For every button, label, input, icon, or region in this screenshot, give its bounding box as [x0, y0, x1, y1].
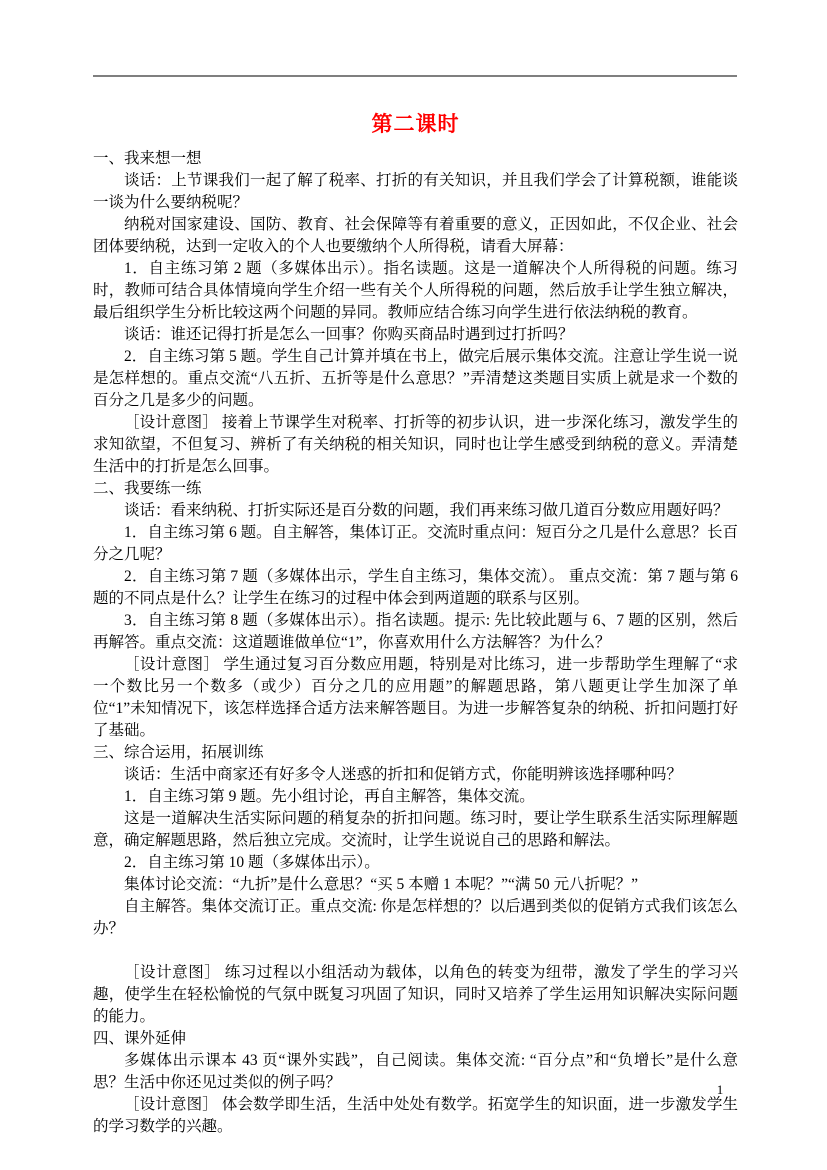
paragraph: 自主解答。集体交流订正。重点交流: 你是怎样想的？以后遇到类似的促销方式我们该怎…	[93, 896, 738, 940]
page-number: 1	[700, 1082, 740, 1098]
paragraph: 2．自主练习第 10 题（多媒体出示）。	[93, 852, 738, 874]
paragraph: 谈话：上节课我们一起了解了税率、打折的有关知识，并且我们学会了计算税额，谁能谈一…	[93, 170, 738, 214]
paragraph: ［设计意图］ 练习过程以小组活动为载体，以角色的转变为纽带，激发了学生的学习兴趣…	[93, 962, 738, 1028]
document-page: 第二课时 一、我来想一想谈话：上节课我们一起了解了税率、打折的有关知识，并且我们…	[0, 0, 827, 1170]
paragraph: 3．自主练习第 8 题（多媒体出示）。指名读题。提示: 先比较此题与 6、7 题…	[93, 610, 738, 654]
page-title: 第二课时	[93, 110, 738, 138]
paragraph: 谈话：谁还记得打折是怎么一回事？你购买商品时遇到过打折吗？	[93, 324, 738, 346]
paragraph: ［设计意图］ 学生通过复习百分数应用题，特别是对比练习，进一步帮助学生理解了“求…	[93, 654, 738, 742]
paragraph: 谈话：看来纳税、打折实际还是百分数的问题，我们再来练习做几道百分数应用题好吗？	[93, 500, 738, 522]
paragraph: ［设计意图］ 体会数学即生活，生活中处处有数学。拓宽学生的知识面，进一步激发学生…	[93, 1094, 738, 1138]
paragraph: 三、综合运用，拓展训练	[93, 742, 738, 764]
paragraph: 1．自主练习第 2 题（多媒体出示）。指名读题。这是一道解决个人所得税的问题。练…	[93, 258, 738, 324]
paragraph: 2．自主练习第 7 题（多媒体出示，学生自主练习，集体交流）。 重点交流：第 7…	[93, 566, 738, 610]
paragraph-container: 一、我来想一想谈话：上节课我们一起了解了税率、打折的有关知识，并且我们学会了计算…	[93, 148, 738, 1138]
paragraph: 1．自主练习第 9 题。先小组讨论，再自主解答，集体交流。	[93, 786, 738, 808]
paragraph: 集体讨论交流：“九折”是什么意思？“买 5 本赠 1 本呢？”“满 50 元八折…	[93, 874, 738, 896]
document-body: 第二课时 一、我来想一想谈话：上节课我们一起了解了税率、打折的有关知识，并且我们…	[93, 104, 738, 1138]
paragraph: 二、我要练一练	[93, 478, 738, 500]
paragraph: 四、课外延伸	[93, 1028, 738, 1050]
header-rule	[93, 75, 737, 77]
paragraph: 多媒体出示课本 43 页“课外实践”，自己阅读。集体交流: “百分点”和“负增长…	[93, 1050, 738, 1094]
paragraph: 一、我来想一想	[93, 148, 738, 170]
paragraph	[93, 940, 738, 962]
paragraph: 2．自主练习第 5 题。学生自己计算并填在书上，做完后展示集体交流。注意让学生说…	[93, 346, 738, 412]
paragraph: 纳税对国家建设、国防、教育、社会保障等有着重要的意义，正因如此，不仅企业、社会团…	[93, 214, 738, 258]
paragraph: ［设计意图］ 接着上节课学生对税率、打折等的初步认识，进一步深化练习，激发学生的…	[93, 412, 738, 478]
paragraph: 谈话：生活中商家还有好多令人迷惑的折扣和促销方式，你能明辨该选择哪种吗？	[93, 764, 738, 786]
paragraph: 这是一道解决生活实际问题的稍复杂的折扣问题。练习时，要让学生联系生活实际理解题意…	[93, 808, 738, 852]
paragraph: 1．自主练习第 6 题。自主解答，集体订正。交流时重点问：短百分之几是什么意思？…	[93, 522, 738, 566]
